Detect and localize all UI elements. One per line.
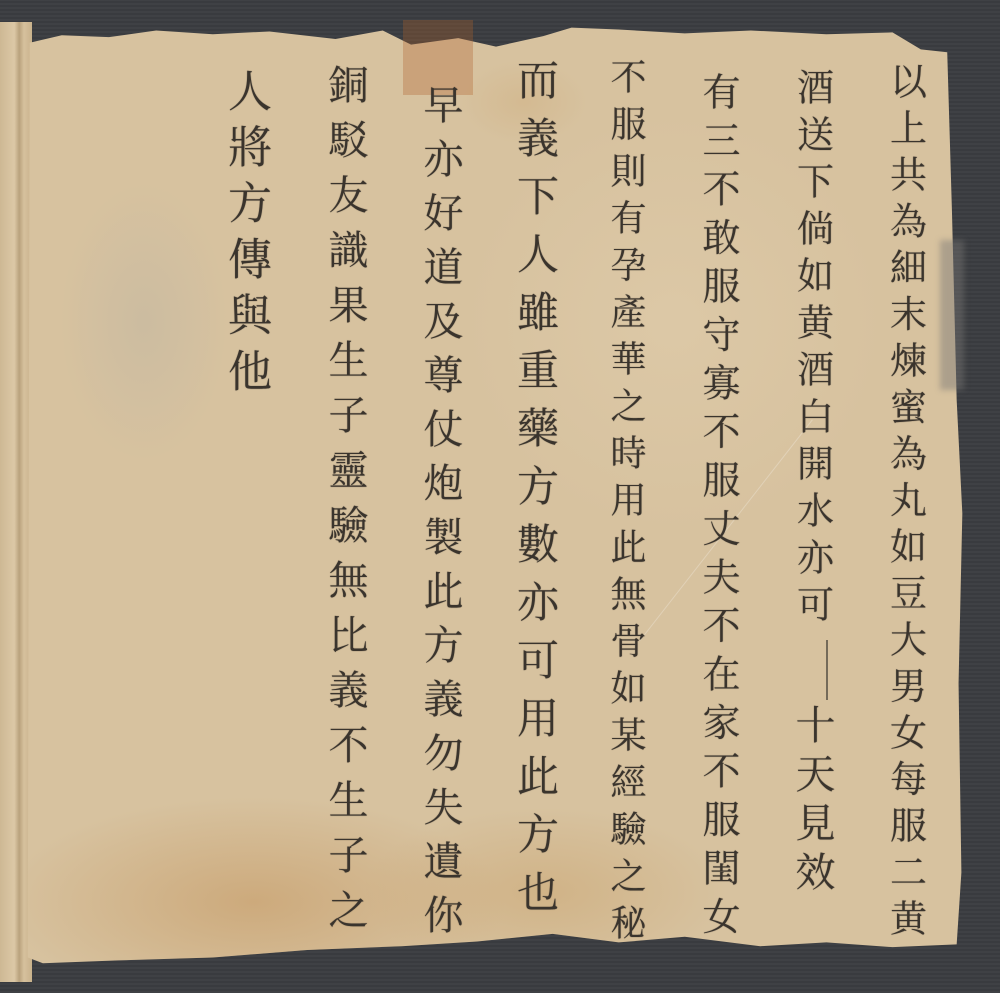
text-column-4: 不服則有孕產華之時用此無骨如某經驗之秘 bbox=[607, 58, 643, 951]
text-column-2a: 酒送下倘如黄酒白開水亦可 bbox=[794, 68, 831, 632]
text-column-5: 而義下人雖重藥方數亦可用此方也 bbox=[514, 58, 556, 928]
text-column-2b: 十天見效 bbox=[792, 704, 832, 900]
left-page-edge bbox=[0, 22, 32, 982]
text-column-8: 人將方傳與他 bbox=[223, 68, 267, 404]
text-column-1: 以上共為細末煉蜜為丸如豆大男女每服二黄 bbox=[887, 62, 924, 946]
text-column-7: 銅駁友識果生子靈驗無比義不生子之 bbox=[325, 64, 365, 944]
text-column-3: 有三不敢服守寡不服丈夫不在家不服閨女 bbox=[699, 72, 737, 945]
text-column-6: 早亦好道及尊仗炮製此方義勿失遺你 bbox=[420, 84, 460, 948]
ink-smudge bbox=[940, 240, 964, 390]
column-2-stroke-line bbox=[826, 640, 828, 700]
